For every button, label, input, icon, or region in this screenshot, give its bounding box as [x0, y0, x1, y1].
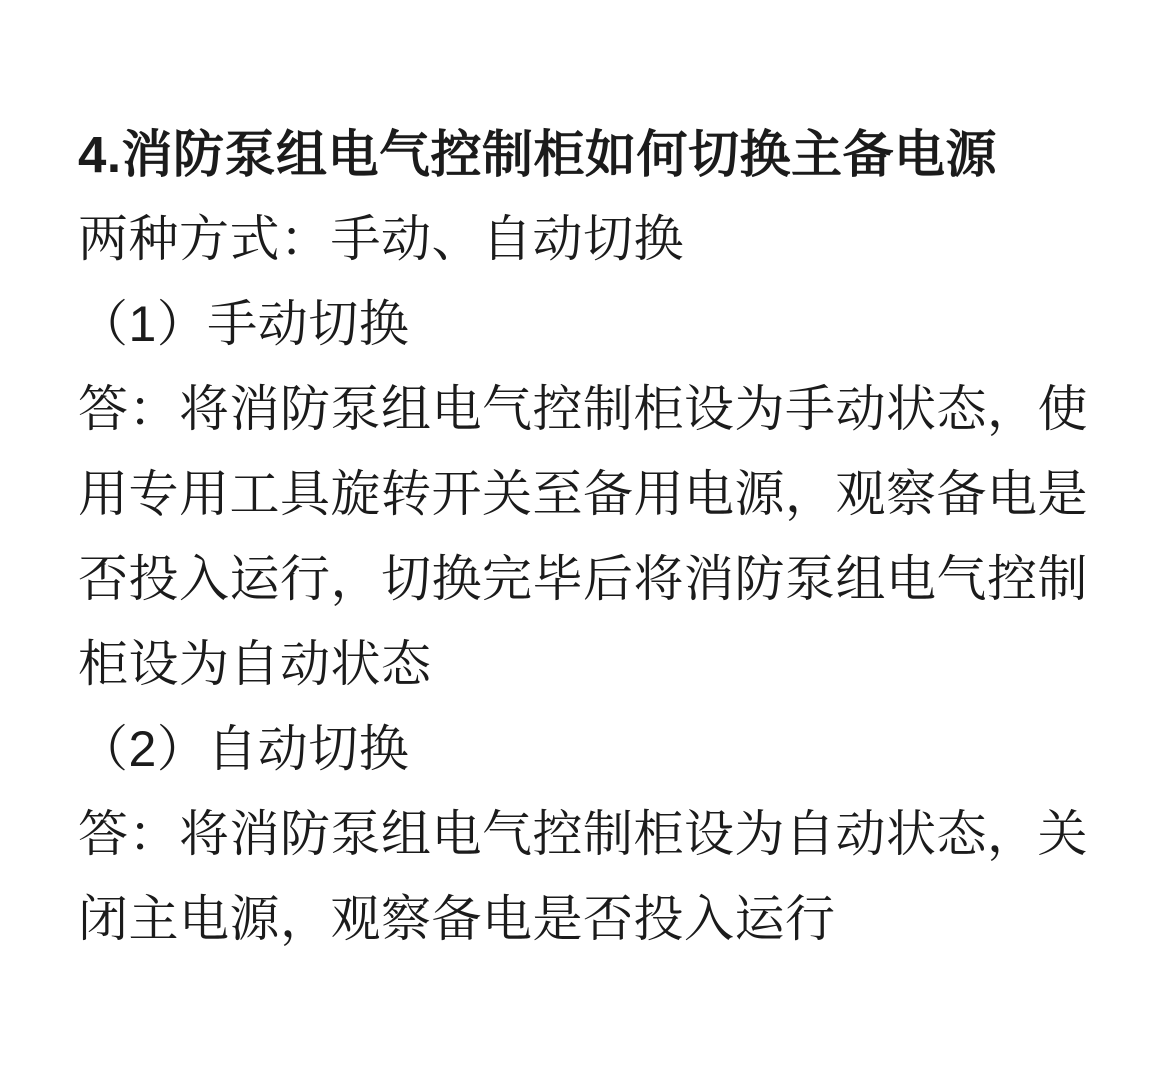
answer-auto-switch: 答：将消防泵组电气控制柜设为自动状态，关闭主电源，观察备电是否投入运行	[78, 792, 1090, 962]
intro-line: 两种方式：手动、自动切换	[78, 197, 1090, 282]
document-body: 4.消防泵组电气控制柜如何切换主备电源 两种方式：手动、自动切换 （1）手动切换…	[78, 112, 1090, 962]
answer-manual-switch: 答：将消防泵组电气控制柜设为手动状态，使用专用工具旋转开关至备用电源，观察备电是…	[78, 367, 1090, 707]
section-heading: 4.消防泵组电气控制柜如何切换主备电源	[78, 112, 1090, 197]
subheading-manual-switch: （1）手动切换	[78, 282, 1090, 367]
subheading-auto-switch: （2）自动切换	[78, 707, 1090, 792]
